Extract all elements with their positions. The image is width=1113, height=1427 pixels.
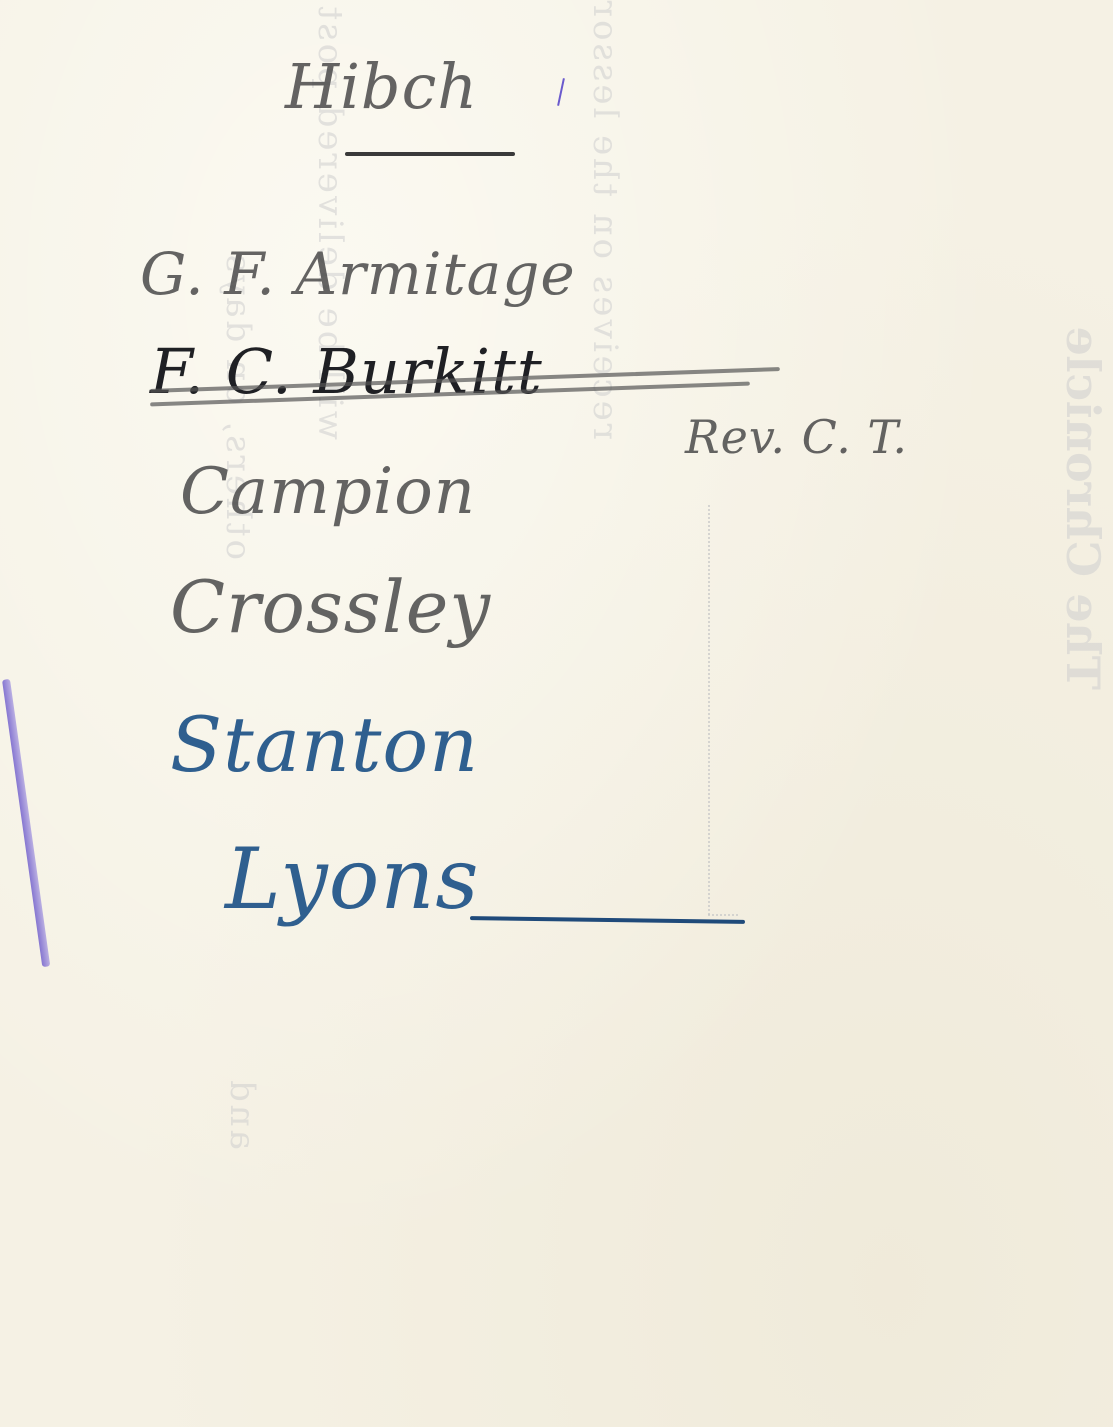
name-armitage: G. F. Armitage [140, 240, 576, 308]
paper-background [0, 0, 1113, 1427]
name-campion: Campion [180, 455, 476, 529]
name-crossley: Crossley [170, 565, 491, 649]
name-rev-ct: Rev. C. T. [685, 410, 908, 464]
show-through-masthead: The Chronicle [1056, 326, 1110, 690]
name-lyons: Lyons [225, 830, 480, 928]
show-through-box-line [708, 505, 710, 915]
show-through-line: and [222, 1077, 262, 1150]
name-stanton: Stanton [170, 700, 479, 789]
heading-underline [345, 152, 515, 156]
heading-text: Hibch [285, 50, 478, 123]
show-through-box-line [708, 914, 738, 916]
